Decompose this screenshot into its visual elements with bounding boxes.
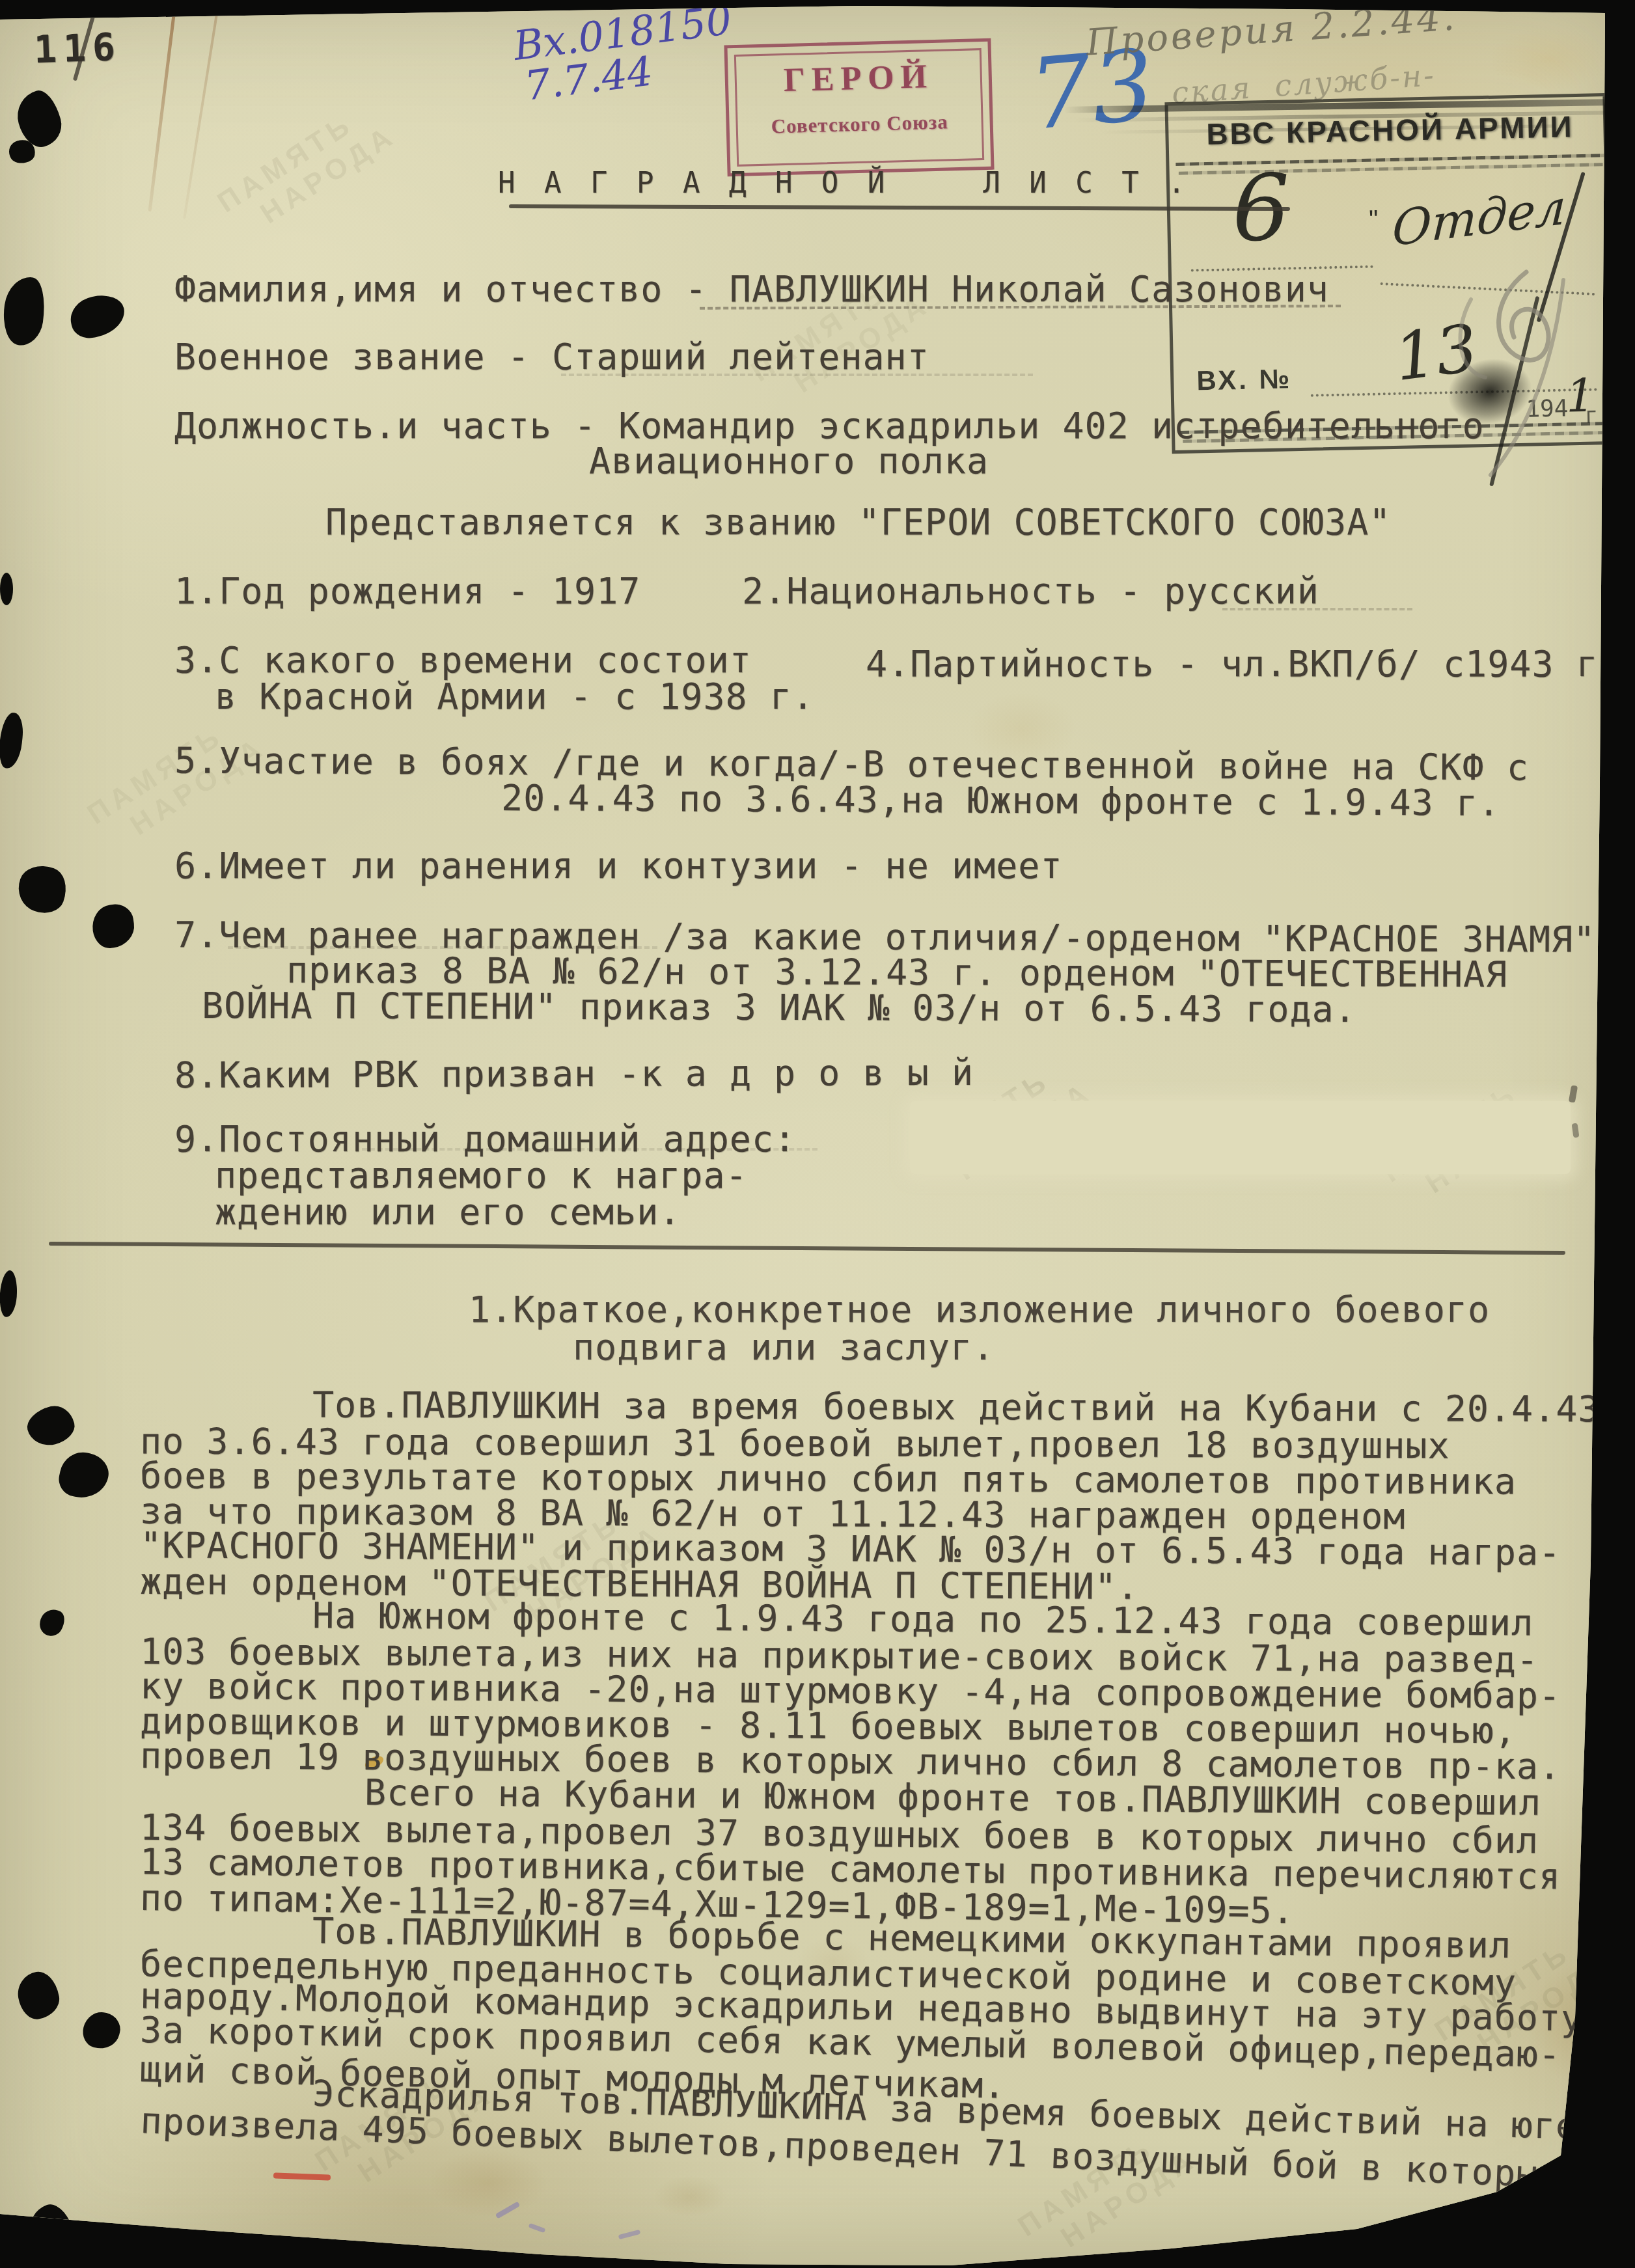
field-home-address: 9.Постоянный домашний адрес: [174,1118,796,1160]
purple-scribble [495,2202,521,2219]
field-rank: Военное звание - Старший лейтенант [174,336,929,377]
margin-mark [1569,1085,1578,1102]
dashed-underline [228,946,657,949]
red-underline-495 [273,2172,331,2180]
paper-crease [183,14,218,219]
field-position-cont: Авиационного полка [589,440,989,482]
torn-hole [0,1270,18,1318]
dashed-underline [362,1148,817,1151]
torn-hole [23,1402,78,1450]
torn-hole [90,902,137,950]
torn-hole [66,291,128,342]
torn-hole [14,1969,62,2022]
field-service-since-cont: в Красной Армии - с 1938 г. [215,676,814,717]
pencil-flourish-signature [1393,260,1588,482]
dashed-underline [1222,608,1412,610]
watermark: ПАМЯТЬНАРОДА [212,92,402,247]
section-separator-line [49,1242,1565,1255]
paper-sheet: ПАМЯТЬНАРОДА ПАМЯТЬНАРОДА ПАМЯТЬНАРОДА П… [0,0,1635,2268]
torn-hole [35,1605,69,1640]
torn-hole [0,711,25,769]
paper-stain [1464,13,1634,104]
torn-hole [12,859,73,920]
vvs-quote-mark: " [1369,205,1379,234]
vvs-stamp-right-border [1602,96,1619,441]
paper-crease [148,15,175,212]
vvs-otdel-label-handwritten: Отдел [1391,179,1567,258]
paper-stain [638,2167,742,2226]
dashed-underline [561,374,1033,376]
field-home-address-cont: представляемого к награ- [215,1154,748,1196]
torn-hole [56,1448,113,1503]
field-wounds: 6.Имеет ли ранения и контузии - не имеет [174,845,1063,886]
document-title: Н А Г Р А Д Н О Й Л И С Т . [498,167,1191,200]
field-drafted-by: 8.Каким РВК призван -к а д р о в ы й [174,1052,974,1096]
field-nominated-for: Представляется к званию "ГЕРОИ СОВЕТСКОГ… [325,501,1391,543]
field-prior-awards-cont2: ВОЙНА П СТЕПЕНИ" приказ 3 ИАК № 03/н от … [202,985,1356,1030]
torn-hole [0,274,49,348]
section1-header-cont: подвига или заслуг. [573,1326,995,1368]
field-name: Фамилия,имя и отчество - ПАВЛУШКИН Никол… [174,268,1329,310]
purple-scribble [618,2230,641,2240]
torn-hole [24,2200,79,2259]
field-combat-participation-cont: 20.4.43 по 3.6.43,на Южном фронте с 1.9.… [501,777,1500,824]
field-nationality: 2.Национальность - русский [742,570,1319,612]
section1-header: 1.Краткое,конкретное изложение личного б… [469,1289,1490,1330]
vvs-stamp-title: ВВС КРАСНОЙ АРМИИ [1168,108,1612,152]
watermark-line1: ПАМЯТЬ [212,92,385,219]
field-birth-year: 1.Год рождения - 1917 [174,570,640,612]
document-scan: ПАМЯТЬНАРОДА ПАМЯТЬНАРОДА ПАМЯТЬНАРОДА П… [0,0,1635,2268]
redacted-address-area [910,1101,1571,1174]
torn-hole [79,2008,124,2053]
hero-stamp-line1: ГЕРОЙ [728,56,989,101]
field-service-since: 3.С какого времени состоит [174,639,752,681]
torn-hole [0,573,13,605]
vvs-vh-label: ВХ. № [1196,363,1293,396]
watermark-line2: НАРОДА [254,119,402,230]
field-party: 4.Партийность - чл.ВКП/б/ с1943 г. [866,643,1621,685]
hero-of-soviet-union-stamp: ГЕРОЙ Советского Союза [724,38,994,177]
margin-mark [1572,1123,1580,1138]
purple-scribble [529,2223,546,2233]
pencil-check-note: Проверия 2.2.44. [1084,0,1458,64]
field-home-address-cont2: ждению или его семьи. [215,1191,681,1233]
